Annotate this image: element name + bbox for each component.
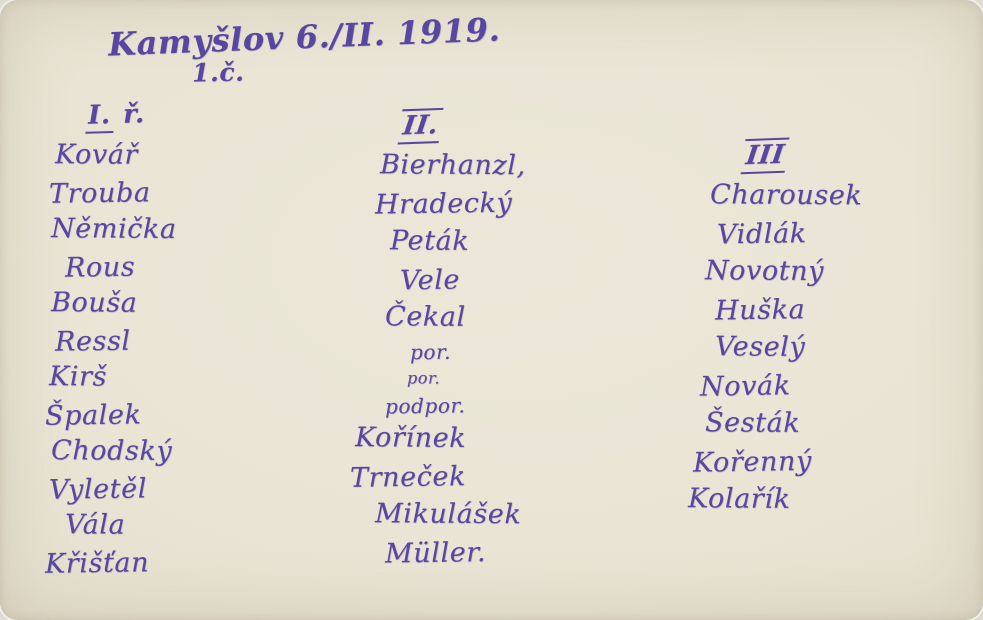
header-location-date: Kamyšlov 6./II. 1919. (107, 10, 501, 63)
name-entry: Vele (400, 260, 596, 301)
name-entry: Vidlák (717, 214, 926, 255)
name-entry: Novák (700, 365, 926, 406)
name-entry: Trneček (350, 456, 596, 497)
name-entry: Peták (390, 222, 595, 261)
name-entry: Kirš (49, 358, 295, 397)
name-entry: Veselý (715, 328, 925, 367)
name-entry: Čekal (385, 298, 595, 337)
column-3-header: III (742, 133, 925, 174)
column-3-numeral: III (741, 138, 790, 175)
name-entry: Bouša (51, 284, 295, 323)
column-1: I. ř. Kovář Trouba Němička Rous Bouša Re… (45, 98, 295, 581)
name-entry: Ressl (55, 320, 295, 360)
column-2: II. Bierhanzl, Hradecký Peták Vele Čekal… (345, 106, 595, 572)
column-2-numeral: II. (398, 108, 444, 145)
name-entry: Křišťan (45, 542, 295, 582)
name-entry: Kolařík (688, 480, 925, 520)
name-entry: Rous (65, 246, 295, 286)
name-entry: Vyletěl (49, 468, 295, 508)
rank-entry: por. (407, 365, 595, 391)
postcard-paper: Kamyšlov 6./II. 1919. 1.č. I. ř. Kovář T… (0, 0, 983, 620)
column-1-header: I. ř. (85, 95, 296, 133)
name-entry: Šesták (705, 404, 925, 444)
column-1-numeral: I. (85, 100, 114, 134)
rank-entry: por. (410, 336, 595, 368)
name-entry: Kořenný (693, 441, 926, 482)
name-entry: Němička (51, 210, 295, 249)
name-entry: Mikulášek (375, 495, 595, 535)
name-entry: Bierhanzl, (380, 146, 595, 186)
rank-entry: podpor. (385, 390, 595, 422)
column-2-header: II. (399, 103, 595, 145)
name-entry: Špalek (45, 394, 295, 434)
name-entry: Huška (715, 290, 926, 331)
name-entry: Novotný (705, 252, 925, 292)
name-entry: Trouba (49, 172, 295, 212)
name-entry: Hradecký (375, 183, 596, 224)
column-1-suffix: ř. (123, 99, 145, 130)
name-entry: Müller. (385, 533, 596, 574)
column-3: III Charousek Vidlák Novotný Huška Vesel… (685, 136, 925, 519)
name-entry: Chodský (51, 432, 295, 471)
name-entry: Vála (65, 506, 295, 545)
header-number: 1.č. (192, 58, 245, 88)
name-entry: Kořínek (355, 419, 595, 459)
name-entry: Charousek (710, 176, 925, 216)
name-entry: Kovář (55, 136, 295, 175)
